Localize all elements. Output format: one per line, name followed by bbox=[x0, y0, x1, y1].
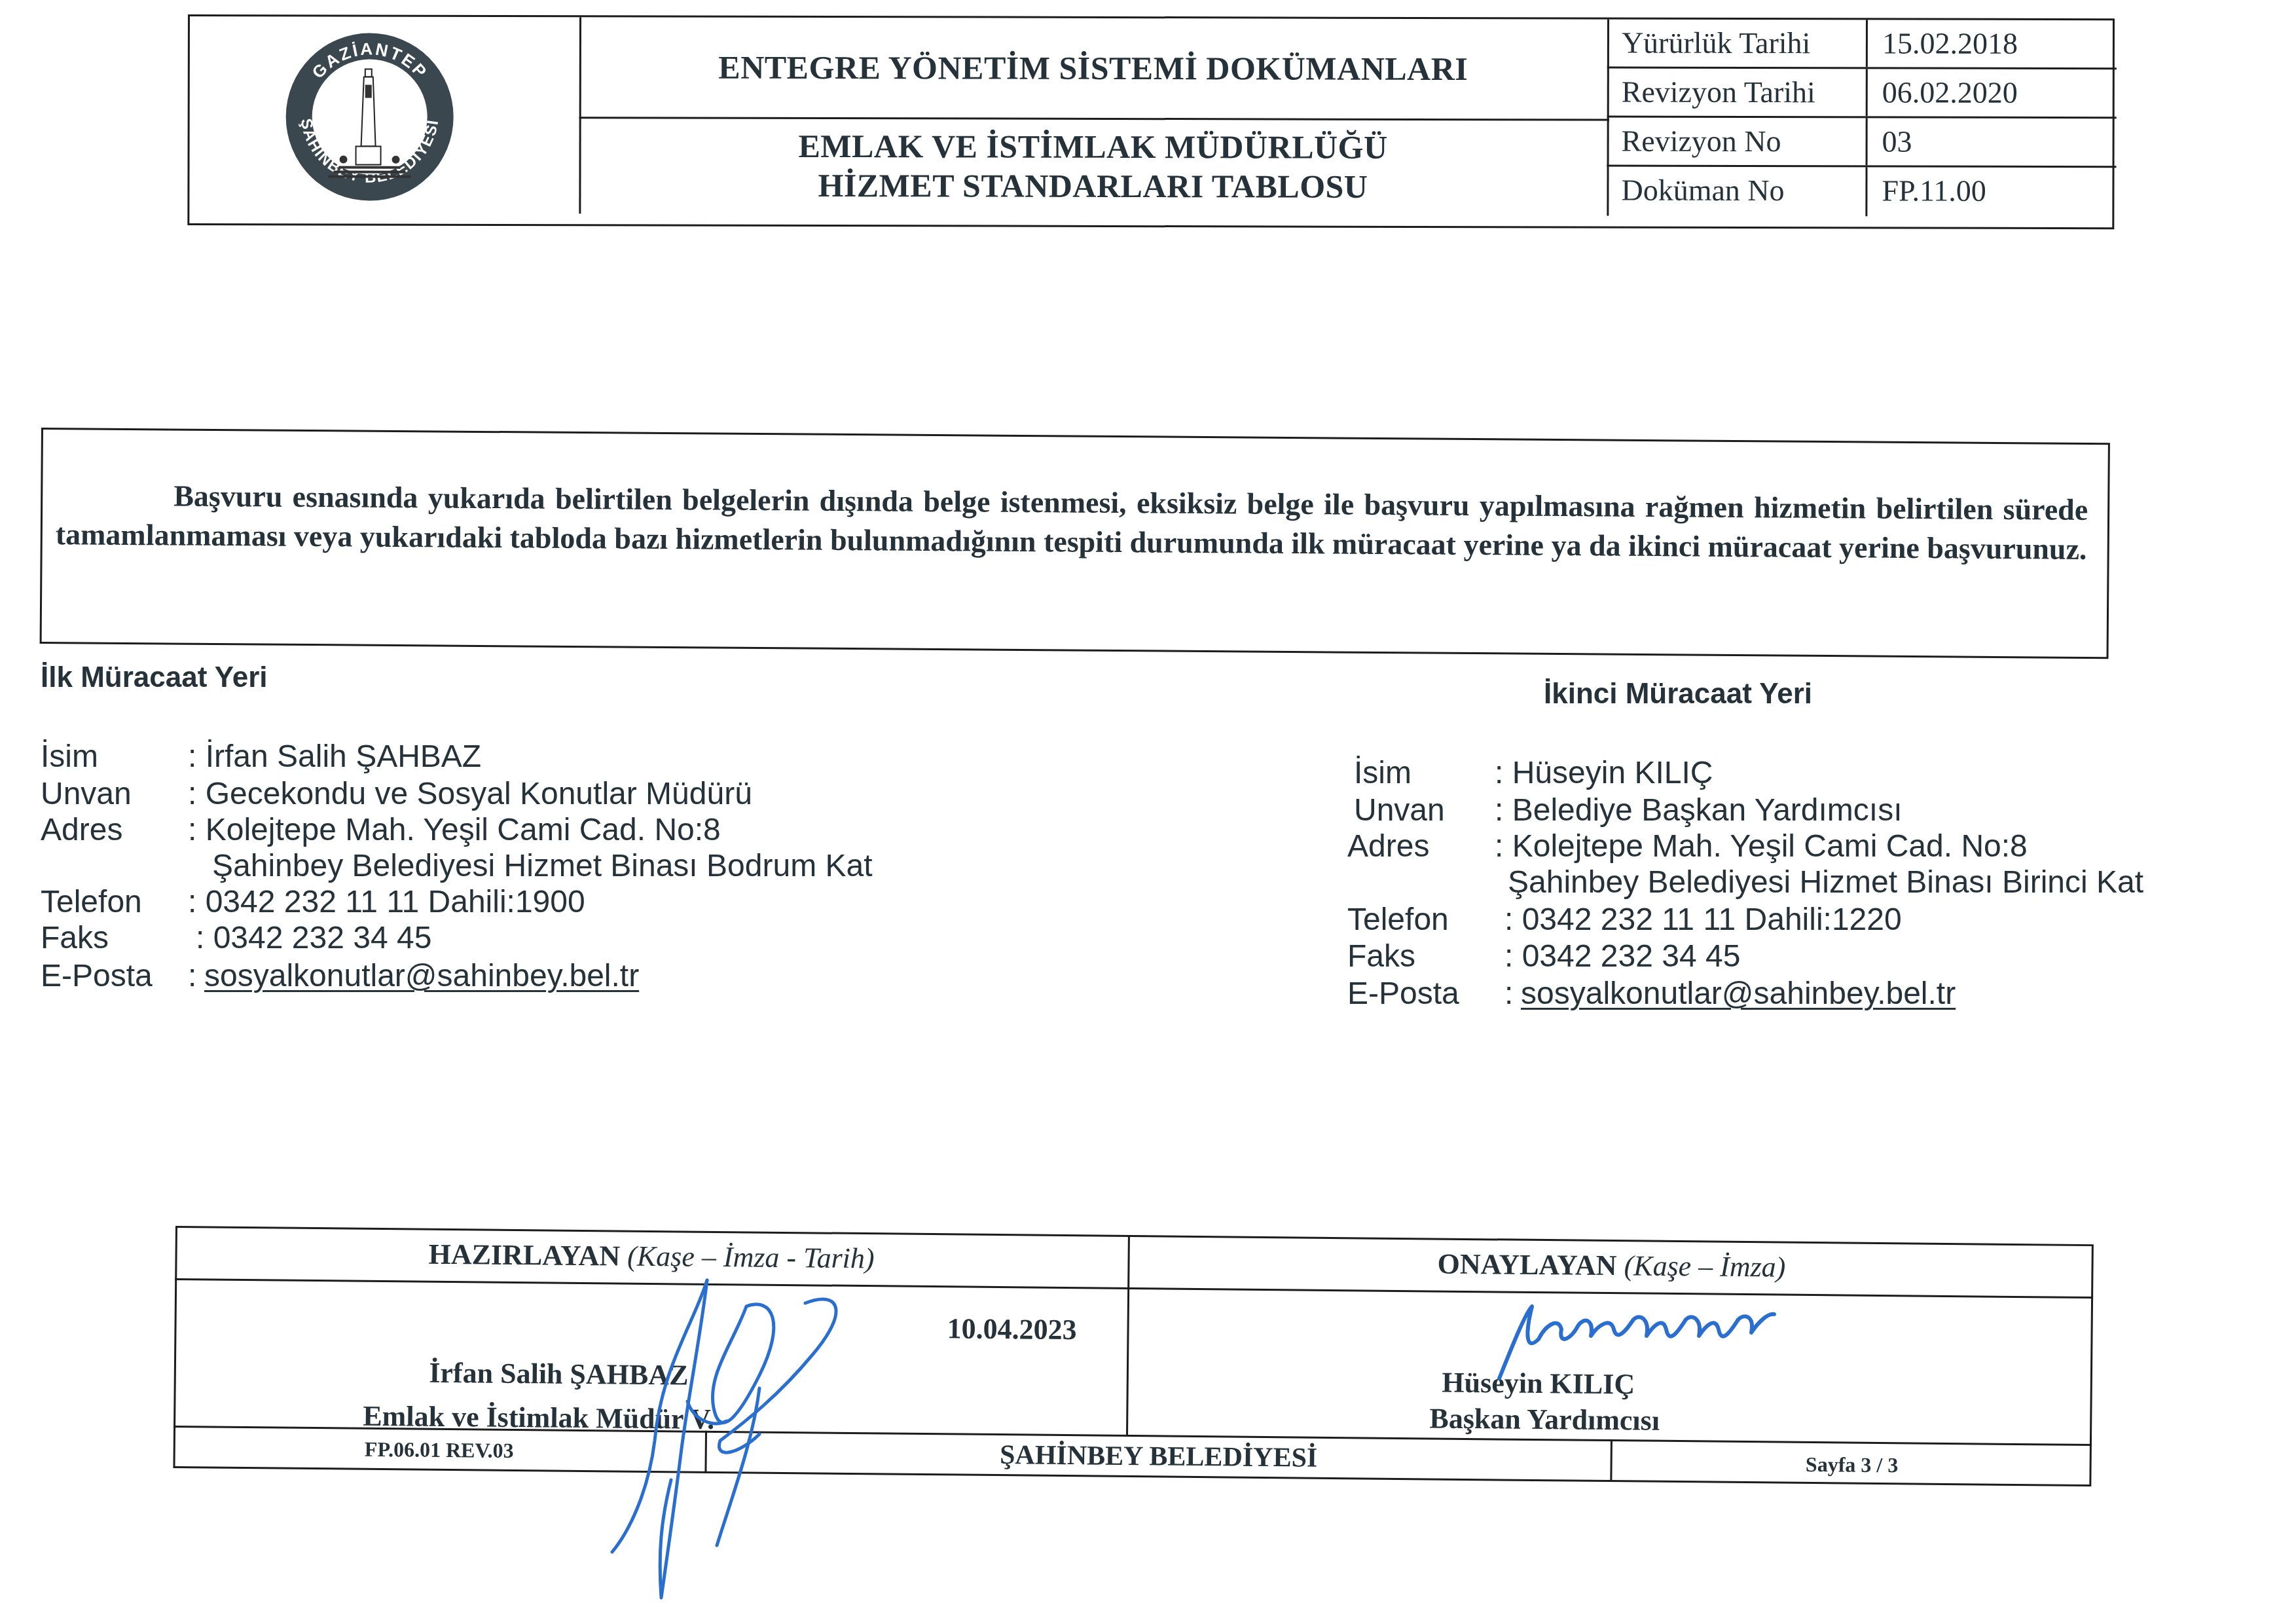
row-label: İsim bbox=[1354, 755, 1412, 792]
row-value: : Gecekondu ve Sosyal Konutlar Müdürü bbox=[188, 776, 752, 813]
approved-heading-note: (Kaşe – İmza) bbox=[1624, 1249, 1785, 1283]
row-label: Telefon bbox=[41, 884, 142, 921]
row-label: Faks bbox=[1347, 938, 1415, 975]
meta-value: 03 bbox=[1868, 118, 2117, 166]
row-value: : 0342 232 11 11 Dahili:1220 bbox=[1504, 902, 1902, 938]
row-value: : 0342 232 34 45 bbox=[196, 920, 431, 957]
second-contact-title: İkinci Müracaat Yeri bbox=[1544, 678, 1812, 710]
row-value: Şahinbey Belediyesi Hizmet Binası Bodrum… bbox=[212, 848, 873, 885]
row-label: Faks bbox=[41, 920, 109, 957]
row-value: : Belediye Başkan Yardımcısı bbox=[1495, 792, 1903, 829]
meta-row-document-no: Doküman No FP.11.00 bbox=[1607, 167, 2116, 217]
row-label: Telefon bbox=[1347, 902, 1449, 938]
row-value: : Kolejtepe Mah. Yeşil Cami Cad. No:8 bbox=[188, 812, 721, 849]
email-link[interactable]: sosyalkonutlar@sahinbey.bel.tr bbox=[204, 958, 639, 995]
meta-value: 06.02.2020 bbox=[1868, 69, 2117, 117]
row-value: : bbox=[1504, 976, 1513, 1012]
second-contact-section: İkinci Müracaat Yeri İsim : Hüseyin KILI… bbox=[1347, 678, 2264, 1044]
row-value: : Hüseyin KILIÇ bbox=[1495, 755, 1713, 792]
row-value: : 0342 232 11 11 Dahili:1900 bbox=[188, 884, 585, 921]
approved-heading-label: ONAYLAYAN bbox=[1437, 1248, 1616, 1282]
meta-row-revision-date: Revizyon Tarihi 06.02.2020 bbox=[1607, 69, 2117, 119]
meta-row-revision-no: Revizyon No 03 bbox=[1607, 118, 2117, 168]
row-label: E-Posta bbox=[41, 958, 153, 995]
prepared-signature-icon bbox=[498, 1244, 903, 1611]
meta-label: Revizyon Tarihi bbox=[1607, 69, 1868, 117]
signature-table: HAZIRLAYAN (Kaşe – İmza - Tarih) ONAYLAY… bbox=[173, 1226, 2094, 1506]
table-title: HİZMET STANDARLARI TABLOSU bbox=[818, 166, 1368, 206]
notice-box: Başvuru esnasında yukarıda belirtilen be… bbox=[40, 428, 2110, 659]
row-value: : İrfan Salih ŞAHBAZ bbox=[188, 739, 481, 775]
row-value: : 0342 232 34 45 bbox=[1504, 938, 1740, 975]
meta-value: FP.11.00 bbox=[1867, 167, 2116, 217]
title-cell-main: ENTEGRE YÖNETİM SİSTEMİ DOKÜMANLARI bbox=[579, 17, 1609, 120]
department-title: EMLAK VE İSTİMLAK MÜDÜRLÜĞÜ bbox=[798, 126, 1387, 167]
row-label: Adres bbox=[41, 812, 122, 849]
row-label: Adres bbox=[1347, 828, 1429, 865]
sahinbey-municipality-seal-icon: GAZİANTEP ŞAHİNBEY BELEDİYESİ bbox=[281, 28, 458, 206]
first-contact-title: İlk Müracaat Yeri bbox=[41, 661, 268, 694]
row-label: E-Posta bbox=[1347, 976, 1459, 1012]
page-number: Sayfa 3 / 3 bbox=[1612, 1450, 2091, 1479]
document-system-title: ENTEGRE YÖNETİM SİSTEMİ DOKÜMANLARI bbox=[718, 48, 1468, 88]
approved-signature-icon bbox=[1486, 1300, 1800, 1392]
meta-label: Yürürlük Tarihi bbox=[1607, 20, 1868, 67]
meta-value: 15.02.2018 bbox=[1868, 20, 2117, 67]
row-label: Unvan bbox=[1354, 792, 1445, 829]
prepared-date: 10.04.2023 bbox=[947, 1312, 1076, 1346]
meta-label: Revizyon No bbox=[1607, 118, 1868, 166]
notice-text: Başvuru esnasında yukarıda belirtilen be… bbox=[56, 475, 2088, 569]
row-value: : Kolejtepe Mah. Yeşil Cami Cad. No:8 bbox=[1495, 828, 2028, 865]
row-value: : bbox=[188, 958, 196, 995]
row-label: İsim bbox=[41, 739, 98, 775]
document-meta-table: Yürürlük Tarihi 15.02.2018 Revizyon Tari… bbox=[1607, 20, 2117, 217]
title-cell-sub: EMLAK VE İSTİMLAK MÜDÜRLÜĞÜ HİZMET STAND… bbox=[579, 117, 1609, 215]
row-value: Şahinbey Belediyesi Hizmet Binası Birinc… bbox=[1508, 864, 2143, 901]
logo-cell: GAZİANTEP ŞAHİNBEY BELEDİYESİ bbox=[189, 16, 581, 213]
row-label: Unvan bbox=[41, 776, 132, 813]
email-link[interactable]: sosyalkonutlar@sahinbey.bel.tr bbox=[1521, 976, 1956, 1012]
first-contact-section: İlk Müracaat Yeri İsim : İrfan Salih ŞAH… bbox=[41, 661, 1023, 1028]
meta-label: Doküman No bbox=[1607, 167, 1867, 217]
document-header: GAZİANTEP ŞAHİNBEY BELEDİYESİ ENTEGRE YÖ… bbox=[187, 14, 2115, 229]
meta-row-effective-date: Yürürlük Tarihi 15.02.2018 bbox=[1607, 20, 2117, 70]
